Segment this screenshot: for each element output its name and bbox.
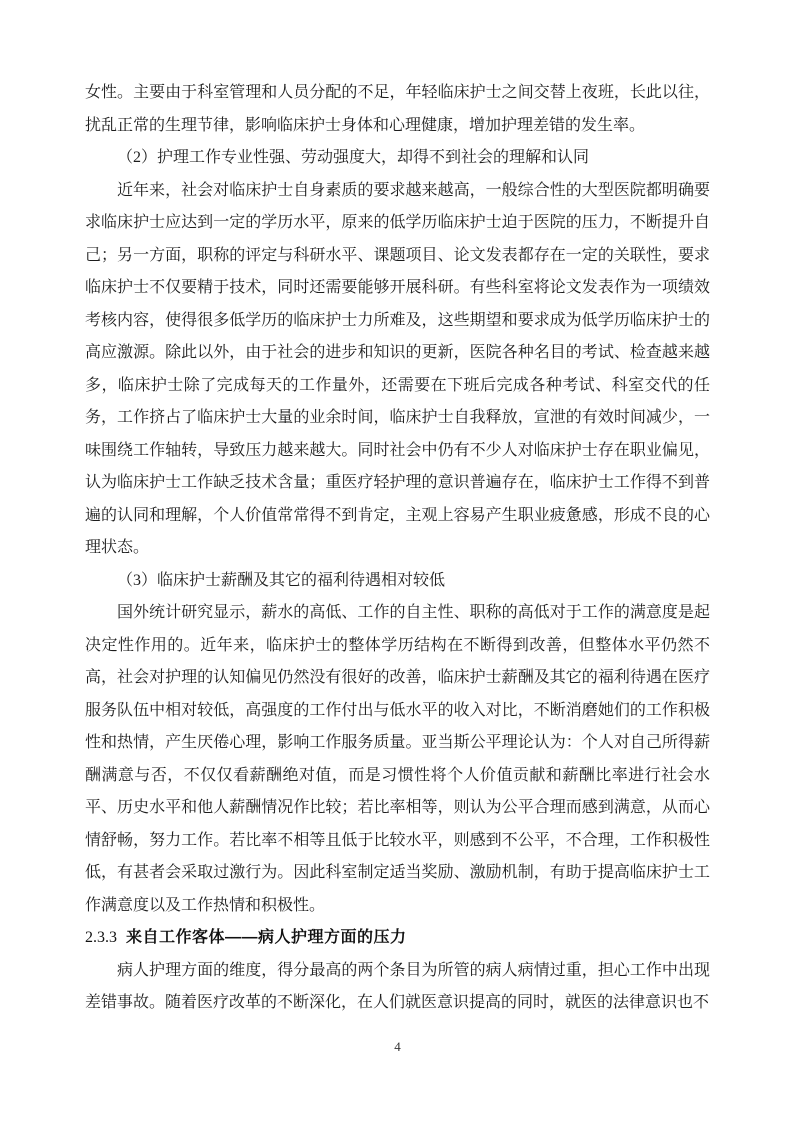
subitem-2-title: （2）护理工作专业性强、劳动强度大，却得不到社会的理解和认同 (85, 142, 710, 175)
paragraph-patient-care-pressure: 病人护理方面的维度，得分最高的两个条目为所管的病人病情过重，担心工作中出现差错事… (85, 955, 710, 1020)
page-number: 4 (394, 1039, 401, 1054)
subitem-3-title: （3）临床护士薪酬及其它的福利待遇相对较低 (85, 565, 710, 598)
section-heading-233: 2.3.3来自工作客体——病人护理方面的压力 (85, 922, 710, 955)
paragraph-night-shift-continuation: 女性。主要由于科室管理和人员分配的不足，年轻临床护士之间交替上夜班，长此以往，扰… (85, 77, 710, 142)
section-heading-title: 来自工作客体——病人护理方面的压力 (126, 929, 407, 946)
page-footer: 4 (85, 1038, 710, 1056)
section-heading-number: 2.3.3 (85, 929, 117, 946)
paragraph-salary-welfare: 国外统计研究显示，薪水的高低、工作的自主性、职称的高低对于工作的满意度是起决定性… (85, 597, 710, 922)
document-page: 女性。主要由于科室管理和人员分配的不足，年轻临床护士之间交替上夜班，长此以往，扰… (0, 0, 793, 1122)
paragraph-professional-recognition: 近年来，社会对临床护士自身素质的要求越来越高，一般综合性的大型医院都明确要求临床… (85, 175, 710, 565)
document-body: 女性。主要由于科室管理和人员分配的不足，年轻临床护士之间交替上夜班，长此以往，扰… (85, 77, 710, 1020)
